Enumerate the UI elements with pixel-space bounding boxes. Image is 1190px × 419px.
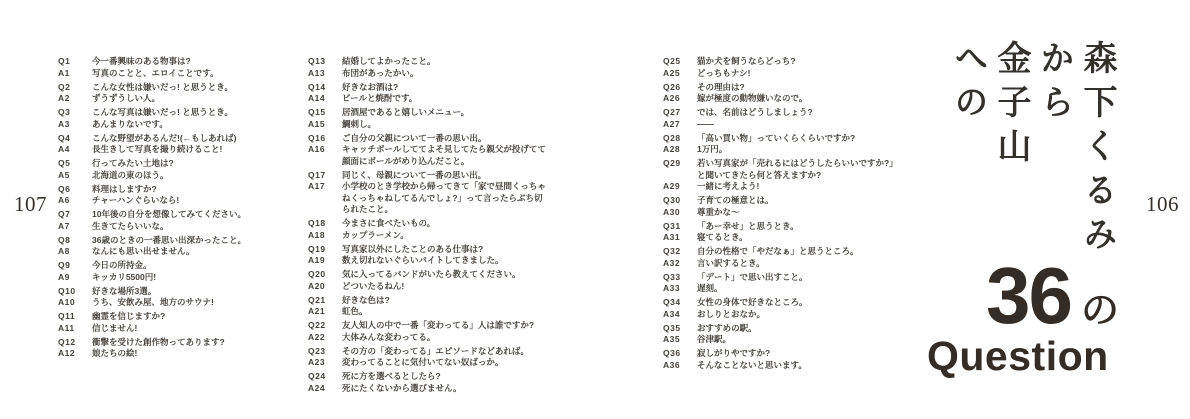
qa-answer-row: A32言い訳するとき。 (663, 258, 903, 270)
qa-question-label: Q5 (58, 158, 92, 170)
qa-pair: Q34女性の身体で好きなところ。A34おしりとおなか。 (663, 297, 903, 320)
qa-question-text: 同じく、母親について一番の思い出。 (342, 170, 548, 182)
qa-answer-row: A17小学校のとき学校から帰ってきて「家で昼間くっちゃねくっちゃねしてるんでしょ… (308, 181, 548, 216)
qa-answer-row: A19数え切れないぐらいバイトしてきました。 (308, 255, 548, 267)
qa-answer-row: A25どっちもナシ! (663, 68, 903, 80)
qa-answer-row: A14ビールと焼酎です。 (308, 93, 548, 105)
qa-pair: Q11幽霊を信じますか?A11信じません! (58, 311, 300, 334)
qa-question-text: 好きなお酒は? (342, 82, 548, 94)
qa-answer-label: A2 (58, 93, 92, 105)
qa-pair: Q22友人知人の中で一番「変わってる」人は誰ですか?A22大体みんな変わってる。 (308, 320, 548, 343)
qa-answer-row: A11信じません! (58, 323, 300, 335)
qa-answer-row: A3あんまりないです。 (58, 119, 300, 131)
qa-answer-row: A27—— (663, 119, 903, 131)
qa-answer-label: A31 (663, 232, 697, 244)
qa-answer-row: A30尊重かな〜 (663, 207, 903, 219)
qa-question-label: Q18 (308, 218, 342, 230)
qa-question-row: Q30子育ての極意とは。 (663, 195, 903, 207)
qa-question-label: Q2 (58, 82, 92, 94)
qa-question-label: Q17 (308, 170, 342, 182)
qa-question-label: Q19 (308, 244, 342, 256)
qa-question-text: 自分の性格で「やだなぁ」と思うところ。 (697, 246, 903, 258)
qa-question-row: Q28「高い買い物」っていくらくらいですか? (663, 133, 903, 145)
qa-answer-text: ビールと焼酎です。 (342, 93, 548, 105)
qa-answer-row: A26嫁が極度の動物嫌いなので。 (663, 93, 903, 105)
qa-pair: Q20気に入ってるバンドがいたら教えてください。A20どついたるねん! (308, 269, 548, 292)
qa-answer-row: A36そんなことないと思います。 (663, 360, 903, 372)
qa-answer-text: 小学校のとき学校から帰ってきて「家で昼間くっちゃねくっちゃねしてるんでしょ?」っ… (342, 181, 548, 216)
qa-pair: Q23その方の「変わってる」エピソードなどあれば。A23変わってることに気付いて… (308, 346, 548, 369)
qa-answer-row: A281万円。 (663, 144, 903, 156)
qa-answer-text: 数え切れないぐらいバイトしてきました。 (342, 255, 548, 267)
qa-pair: Q26その理由は?A26嫁が極度の動物嫌いなので。 (663, 82, 903, 105)
qa-answer-text: —— (697, 119, 903, 131)
qa-question-text: 好きな色は? (342, 295, 548, 307)
qa-question-text: 死に方を選べるとしたら? (342, 371, 548, 383)
qa-question-text: 気に入ってるバンドがいたら教えてください。 (342, 269, 548, 281)
qa-pair: Q18今まさに食べたいもの。A18カップラーメン。 (308, 218, 548, 241)
title-number-36: 36 (986, 251, 1071, 340)
qa-question-label: Q36 (663, 348, 697, 360)
qa-question-text: 行ってみたい土地は? (92, 158, 300, 170)
qa-answer-text: 嫁が極度の動物嫌いなので。 (697, 93, 903, 105)
qa-question-text: こんな写真は嫌いだっ! と思うとき。 (92, 107, 300, 119)
page-number-right: 106 (1146, 192, 1179, 217)
qa-question-text: こんな女性は嫌いだっ! と思うとき。 (92, 82, 300, 94)
vertical-title-line-3: 金子山 (989, 40, 1032, 275)
qa-question-row: Q31「あー幸せ」と思うとき。 (663, 221, 903, 233)
qa-answer-row: A9キッカリ5500円! (58, 272, 300, 284)
qa-pair: Q35おすすめの駅。A35谷津駅。 (663, 323, 903, 346)
qa-answer-text: 虹色。 (342, 306, 548, 318)
qa-answer-label: A25 (663, 68, 697, 80)
qa-question-text: ご自分の父親について一番の思い出。 (342, 133, 548, 145)
title-question-word: Question (927, 336, 1109, 377)
qa-answer-label: A3 (58, 119, 92, 131)
qa-question-text: おすすめの駅。 (697, 323, 903, 335)
qa-answer-label: A13 (308, 68, 342, 80)
qa-question-label: Q30 (663, 195, 697, 207)
qa-question-text: 結婚してよかったこと。 (342, 56, 548, 68)
qa-question-label: Q16 (308, 133, 342, 145)
qa-answer-label: A33 (663, 283, 697, 295)
qa-question-label: Q14 (308, 82, 342, 94)
qa-pair: Q14好きなお酒は?A14ビールと焼酎です。 (308, 82, 548, 105)
qa-question-row: Q13結婚してよかったこと。 (308, 56, 548, 68)
qa-answer-label: A6 (58, 195, 92, 207)
qa-answer-text: 寝てるとき。 (697, 232, 903, 244)
qa-answer-text: あんまりないです。 (92, 119, 300, 131)
qa-question-row: Q5行ってみたい土地は? (58, 158, 300, 170)
qa-answer-text: キッカリ5500円! (92, 272, 300, 284)
qa-pair: Q36寂しがりやですか?A36そんなことないと思います。 (663, 348, 903, 371)
qa-answer-text: 鯛刺し。 (342, 119, 548, 131)
qa-question-row: Q36寂しがりやですか? (663, 348, 903, 360)
qa-answer-text: 大体みんな変わってる。 (342, 332, 548, 344)
qa-answer-row: A8なんにも思い出せません。 (58, 246, 300, 258)
qa-answer-row: A5北海道の東のほう。 (58, 170, 300, 182)
qa-answer-label: A19 (308, 255, 342, 267)
qa-answer-text: 長生きして写真を撮り続けること! (92, 144, 300, 156)
qa-answer-label: A9 (58, 272, 92, 284)
qa-answer-label: A16 (308, 144, 342, 167)
qa-question-text: 料理はしますか? (92, 184, 300, 196)
qa-pair: Q3こんな写真は嫌いだっ! と思うとき。A3あんまりないです。 (58, 107, 300, 130)
qa-answer-row: A34おしりとおなか。 (663, 309, 903, 321)
qa-question-label: Q35 (663, 323, 697, 335)
vertical-title-line-4: への (946, 40, 989, 275)
qa-question-row: Q9今日の所持金。 (58, 260, 300, 272)
qa-answer-label: A18 (308, 230, 342, 242)
qa-answer-label: A34 (663, 309, 697, 321)
qa-question-label: Q33 (663, 272, 697, 284)
qa-answer-text: キャッチボールしててよそ見してたら親父が投げてて顔面にボールがめり込んだこと。 (342, 144, 548, 167)
qa-answer-row: A1写真のことと、エロイことです。 (58, 68, 300, 80)
magazine-spread: 107 Q1今一番興味のある物事は?A1写真のことと、エロイことです。Q2こんな… (0, 0, 1190, 419)
qa-answer-text: 娘たちの絵! (92, 348, 300, 360)
qa-pair: Q21好きな色は?A21虹色。 (308, 295, 548, 318)
qa-answer-text: 死にたくないから選びません。 (342, 383, 548, 395)
qa-answer-text: うち、安飲み屋、地方のサウナ! (92, 297, 300, 309)
qa-question-text: 今一番興味のある物事は? (92, 56, 300, 68)
qa-answer-text: 一緒に考えよう! (697, 181, 903, 193)
qa-answer-text: 信じません! (92, 323, 300, 335)
qa-answer-row: A15鯛刺し。 (308, 119, 548, 131)
qa-question-text: 幽霊を信じますか? (92, 311, 300, 323)
qa-answer-text: カップラーメン。 (342, 230, 548, 242)
qa-pair: Q836歳のときの一番思い出深かったこと。A8なんにも思い出せません。 (58, 235, 300, 258)
qa-answer-row: A22大体みんな変わってる。 (308, 332, 548, 344)
qa-question-label: Q12 (58, 337, 92, 349)
qa-question-row: Q19写真家以外にしたことのある仕事は? (308, 244, 548, 256)
qa-answer-label: A30 (663, 207, 697, 219)
qa-pair: Q10好きな場所3選。A10うち、安飲み屋、地方のサウナ! (58, 286, 300, 309)
qa-question-text: 「デート」で思い出すこと。 (697, 272, 903, 284)
qa-question-row: Q35おすすめの駅。 (663, 323, 903, 335)
qa-answer-row: A18カップラーメン。 (308, 230, 548, 242)
qa-pair: Q30子育ての極意とは。A30尊重かな〜 (663, 195, 903, 218)
qa-answer-row: A7生きてたらいいな。 (58, 221, 300, 233)
qa-answer-row: A31寝てるとき。 (663, 232, 903, 244)
qa-pair: Q16ご自分の父親について一番の思い出。A16キャッチボールしててよそ見してたら… (308, 133, 548, 168)
qa-question-label: Q10 (58, 286, 92, 298)
qa-pair: Q5行ってみたい土地は?A5北海道の東のほう。 (58, 158, 300, 181)
qa-answer-label: A28 (663, 144, 697, 156)
qa-question-label: Q26 (663, 82, 697, 94)
qa-answer-label: A27 (663, 119, 697, 131)
qa-question-text: こんな野望があるんだ!(←もしあれば) (92, 133, 300, 145)
qa-answer-text: どついたるねん! (342, 281, 548, 293)
qa-question-row: Q27では、名前はどうしましょう? (663, 107, 903, 119)
qa-answer-text: 変わってることに気付いてない奴ばっか。 (342, 357, 548, 369)
vertical-title-line-2: から (1032, 40, 1075, 275)
qa-question-row: Q710年後の自分を想像してみてください。 (58, 209, 300, 221)
qa-answer-row: A35谷津駅。 (663, 334, 903, 346)
qa-answer-row: A23変わってることに気付いてない奴ばっか。 (308, 357, 548, 369)
qa-question-text: 「高い買い物」っていくらくらいですか? (697, 133, 903, 145)
qa-question-label: Q25 (663, 56, 697, 68)
qa-question-row: Q6料理はしますか? (58, 184, 300, 196)
qa-answer-label: A35 (663, 334, 697, 346)
qa-answer-label: A36 (663, 360, 697, 372)
qa-pair: Q1今一番興味のある物事は?A1写真のことと、エロイことです。 (58, 56, 300, 79)
qa-pair: Q710年後の自分を想像してみてください。A7生きてたらいいな。 (58, 209, 300, 232)
qa-question-row: Q10好きな場所3選。 (58, 286, 300, 298)
qa-question-label: Q4 (58, 133, 92, 145)
qa-question-row: Q32自分の性格で「やだなぁ」と思うところ。 (663, 246, 903, 258)
title-36-block: 36の (986, 256, 1119, 336)
qa-answer-text: ずうずうしい人。 (92, 93, 300, 105)
qa-question-text: 今まさに食べたいもの。 (342, 218, 548, 230)
qa-question-label: Q7 (58, 209, 92, 221)
qa-column-1: Q1今一番興味のある物事は?A1写真のことと、エロイことです。Q2こんな女性は嫌… (58, 56, 300, 362)
qa-answer-row: A2ずうずうしい人。 (58, 93, 300, 105)
qa-pair: Q12衝撃を受けた創作物ってあります?A12娘たちの絵! (58, 337, 300, 360)
qa-question-row: Q25猫か犬を飼うならどっち? (663, 56, 903, 68)
qa-answer-label: A29 (663, 181, 697, 193)
qa-question-row: Q22友人知人の中で一番「変わってる」人は誰ですか? (308, 320, 548, 332)
qa-question-row: Q18今まさに食べたいもの。 (308, 218, 548, 230)
qa-pair: Q4こんな野望があるんだ!(←もしあれば)A4長生きして写真を撮り続けること! (58, 133, 300, 156)
qa-answer-text: なんにも思い出せません。 (92, 246, 300, 258)
qa-answer-label: A14 (308, 93, 342, 105)
qa-question-label: Q24 (308, 371, 342, 383)
qa-answer-label: A8 (58, 246, 92, 258)
qa-answer-label: A15 (308, 119, 342, 131)
qa-question-label: Q13 (308, 56, 342, 68)
qa-question-label: Q11 (58, 311, 92, 323)
qa-question-label: Q22 (308, 320, 342, 332)
qa-question-row: Q33「デート」で思い出すこと。 (663, 272, 903, 284)
qa-question-row: Q1今一番興味のある物事は? (58, 56, 300, 68)
qa-answer-label: A23 (308, 357, 342, 369)
qa-pair: Q19写真家以外にしたことのある仕事は?A19数え切れないぐらいバイトしてきまし… (308, 244, 548, 267)
qa-question-label: Q3 (58, 107, 92, 119)
qa-answer-text: チャーハンぐらいなら! (92, 195, 300, 207)
qa-answer-text: おしりとおなか。 (697, 309, 903, 321)
qa-question-row: Q4こんな野望があるんだ!(←もしあれば) (58, 133, 300, 145)
qa-pair: Q24死に方を選べるとしたら?A24死にたくないから選びません。 (308, 371, 548, 394)
qa-answer-label: A17 (308, 181, 342, 216)
qa-question-row: Q29若い写真家が「売れるにはどうしたらいいですか?」と聞いてきたら何と答えます… (663, 158, 903, 181)
qa-pair: Q9今日の所持金。A9キッカリ5500円! (58, 260, 300, 283)
qa-question-label: Q32 (663, 246, 697, 258)
title-particle-no: の (1081, 290, 1119, 332)
qa-answer-label: A24 (308, 383, 342, 395)
qa-answer-row: A12娘たちの絵! (58, 348, 300, 360)
qa-question-row: Q26その理由は? (663, 82, 903, 94)
qa-pair: Q17同じく、母親について一番の思い出。A17小学校のとき学校から帰ってきて「家… (308, 170, 548, 216)
qa-question-text: 猫か犬を飼うならどっち? (697, 56, 903, 68)
qa-question-text: 若い写真家が「売れるにはどうしたらいいですか?」と聞いてきたら何と答えますか? (697, 158, 903, 181)
qa-answer-text: 尊重かな〜 (697, 207, 903, 219)
qa-question-label: Q23 (308, 346, 342, 358)
qa-answer-row: A24死にたくないから選びません。 (308, 383, 548, 395)
qa-question-label: Q1 (58, 56, 92, 68)
qa-question-row: Q3こんな写真は嫌いだっ! と思うとき。 (58, 107, 300, 119)
qa-question-label: Q29 (663, 158, 697, 181)
qa-question-text: 女性の身体で好きなところ。 (697, 297, 903, 309)
qa-answer-label: A7 (58, 221, 92, 233)
qa-question-row: Q14好きなお酒は? (308, 82, 548, 94)
qa-answer-label: A10 (58, 297, 92, 309)
qa-question-label: Q34 (663, 297, 697, 309)
qa-answer-row: A21虹色。 (308, 306, 548, 318)
qa-question-row: Q16ご自分の父親について一番の思い出。 (308, 133, 548, 145)
page-number-left: 107 (14, 192, 47, 217)
qa-answer-text: 布団があったかい。 (342, 68, 548, 80)
qa-question-text: 友人知人の中で一番「変わってる」人は誰ですか? (342, 320, 548, 332)
qa-question-text: 居酒屋であると嬉しいメニュー。 (342, 107, 548, 119)
qa-question-text: 36歳のときの一番思い出深かったこと。 (92, 235, 300, 247)
qa-pair: Q15居酒屋であると嬉しいメニュー。A15鯛刺し。 (308, 107, 548, 130)
qa-question-row: Q20気に入ってるバンドがいたら教えてください。 (308, 269, 548, 281)
qa-answer-row: A13布団があったかい。 (308, 68, 548, 80)
qa-question-label: Q8 (58, 235, 92, 247)
qa-answer-text: 生きてたらいいな。 (92, 221, 300, 233)
qa-question-row: Q17同じく、母親について一番の思い出。 (308, 170, 548, 182)
qa-answer-row: A6チャーハンぐらいなら! (58, 195, 300, 207)
qa-pair: Q29若い写真家が「売れるにはどうしたらいいですか?」と聞いてきたら何と答えます… (663, 158, 903, 193)
qa-answer-text: どっちもナシ! (697, 68, 903, 80)
qa-answer-text: 北海道の東のほう。 (92, 170, 300, 182)
qa-answer-label: A1 (58, 68, 92, 80)
qa-pair: Q31「あー幸せ」と思うとき。A31寝てるとき。 (663, 221, 903, 244)
qa-answer-label: A4 (58, 144, 92, 156)
qa-answer-label: A26 (663, 93, 697, 105)
qa-answer-label: A22 (308, 332, 342, 344)
qa-pair: Q13結婚してよかったこと。A13布団があったかい。 (308, 56, 548, 79)
qa-column-3: Q25猫か犬を飼うならどっち?A25どっちもナシ!Q26その理由は?A26嫁が極… (663, 56, 903, 374)
qa-answer-row: A29一緒に考えよう! (663, 181, 903, 193)
qa-question-text: では、名前はどうしましょう? (697, 107, 903, 119)
qa-pair: Q28「高い買い物」っていくらくらいですか?A281万円。 (663, 133, 903, 156)
qa-pair: Q27では、名前はどうしましょう?A27—— (663, 107, 903, 130)
vertical-title-line-1: 森下くるみ (1075, 40, 1118, 275)
qa-pair: Q33「デート」で思い出すこと。A33遅刻。 (663, 272, 903, 295)
qa-answer-row: A20どついたるねん! (308, 281, 548, 293)
qa-question-row: Q2こんな女性は嫌いだっ! と思うとき。 (58, 82, 300, 94)
qa-answer-text: 谷津駅。 (697, 334, 903, 346)
qa-pair: Q2こんな女性は嫌いだっ! と思うとき。A2ずうずうしい人。 (58, 82, 300, 105)
qa-pair: Q6料理はしますか?A6チャーハンぐらいなら! (58, 184, 300, 207)
qa-question-label: Q15 (308, 107, 342, 119)
qa-question-text: 今日の所持金。 (92, 260, 300, 272)
qa-question-text: 衝撃を受けた創作物ってあります? (92, 337, 300, 349)
qa-question-label: Q9 (58, 260, 92, 272)
qa-question-text: 「あー幸せ」と思うとき。 (697, 221, 903, 233)
qa-answer-text: 遅刻。 (697, 283, 903, 295)
qa-question-row: Q12衝撃を受けた創作物ってあります? (58, 337, 300, 349)
qa-question-label: Q27 (663, 107, 697, 119)
qa-question-text: 子育ての極意とは。 (697, 195, 903, 207)
qa-answer-row: A33遅刻。 (663, 283, 903, 295)
qa-answer-row: A16キャッチボールしててよそ見してたら親父が投げてて顔面にボールがめり込んだこ… (308, 144, 548, 167)
vertical-title: 森下くるみ から 金子山 への (946, 40, 1118, 275)
qa-question-label: Q6 (58, 184, 92, 196)
qa-answer-label: A5 (58, 170, 92, 182)
qa-question-label: Q31 (663, 221, 697, 233)
qa-question-text: 好きな場所3選。 (92, 286, 300, 298)
qa-answer-label: A11 (58, 323, 92, 335)
qa-column-2: Q13結婚してよかったこと。A13布団があったかい。Q14好きなお酒は?A14ビ… (308, 56, 548, 397)
qa-answer-row: A4長生きして写真を撮り続けること! (58, 144, 300, 156)
qa-question-row: Q15居酒屋であると嬉しいメニュー。 (308, 107, 548, 119)
qa-answer-text: そんなことないと思います。 (697, 360, 903, 372)
qa-answer-label: A32 (663, 258, 697, 270)
qa-question-label: Q21 (308, 295, 342, 307)
qa-question-row: Q21好きな色は? (308, 295, 548, 307)
qa-question-row: Q34女性の身体で好きなところ。 (663, 297, 903, 309)
qa-answer-row: A10うち、安飲み屋、地方のサウナ! (58, 297, 300, 309)
qa-answer-text: 1万円。 (697, 144, 903, 156)
qa-question-text: 10年後の自分を想像してみてください。 (92, 209, 300, 221)
qa-answer-label: A20 (308, 281, 342, 293)
qa-pair: Q32自分の性格で「やだなぁ」と思うところ。A32言い訳するとき。 (663, 246, 903, 269)
qa-question-row: Q24死に方を選べるとしたら? (308, 371, 548, 383)
qa-question-row: Q11幽霊を信じますか? (58, 311, 300, 323)
qa-question-text: その理由は? (697, 82, 903, 94)
qa-question-label: Q28 (663, 133, 697, 145)
qa-pair: Q25猫か犬を飼うならどっち?A25どっちもナシ! (663, 56, 903, 79)
qa-question-text: 写真家以外にしたことのある仕事は? (342, 244, 548, 256)
qa-answer-text: 写真のことと、エロイことです。 (92, 68, 300, 80)
qa-answer-label: A21 (308, 306, 342, 318)
qa-answer-text: 言い訳するとき。 (697, 258, 903, 270)
qa-question-text: その方の「変わってる」エピソードなどあれば。 (342, 346, 548, 358)
qa-question-row: Q23その方の「変わってる」エピソードなどあれば。 (308, 346, 548, 358)
qa-question-text: 寂しがりやですか? (697, 348, 903, 360)
qa-question-row: Q836歳のときの一番思い出深かったこと。 (58, 235, 300, 247)
qa-answer-label: A12 (58, 348, 92, 360)
qa-question-label: Q20 (308, 269, 342, 281)
